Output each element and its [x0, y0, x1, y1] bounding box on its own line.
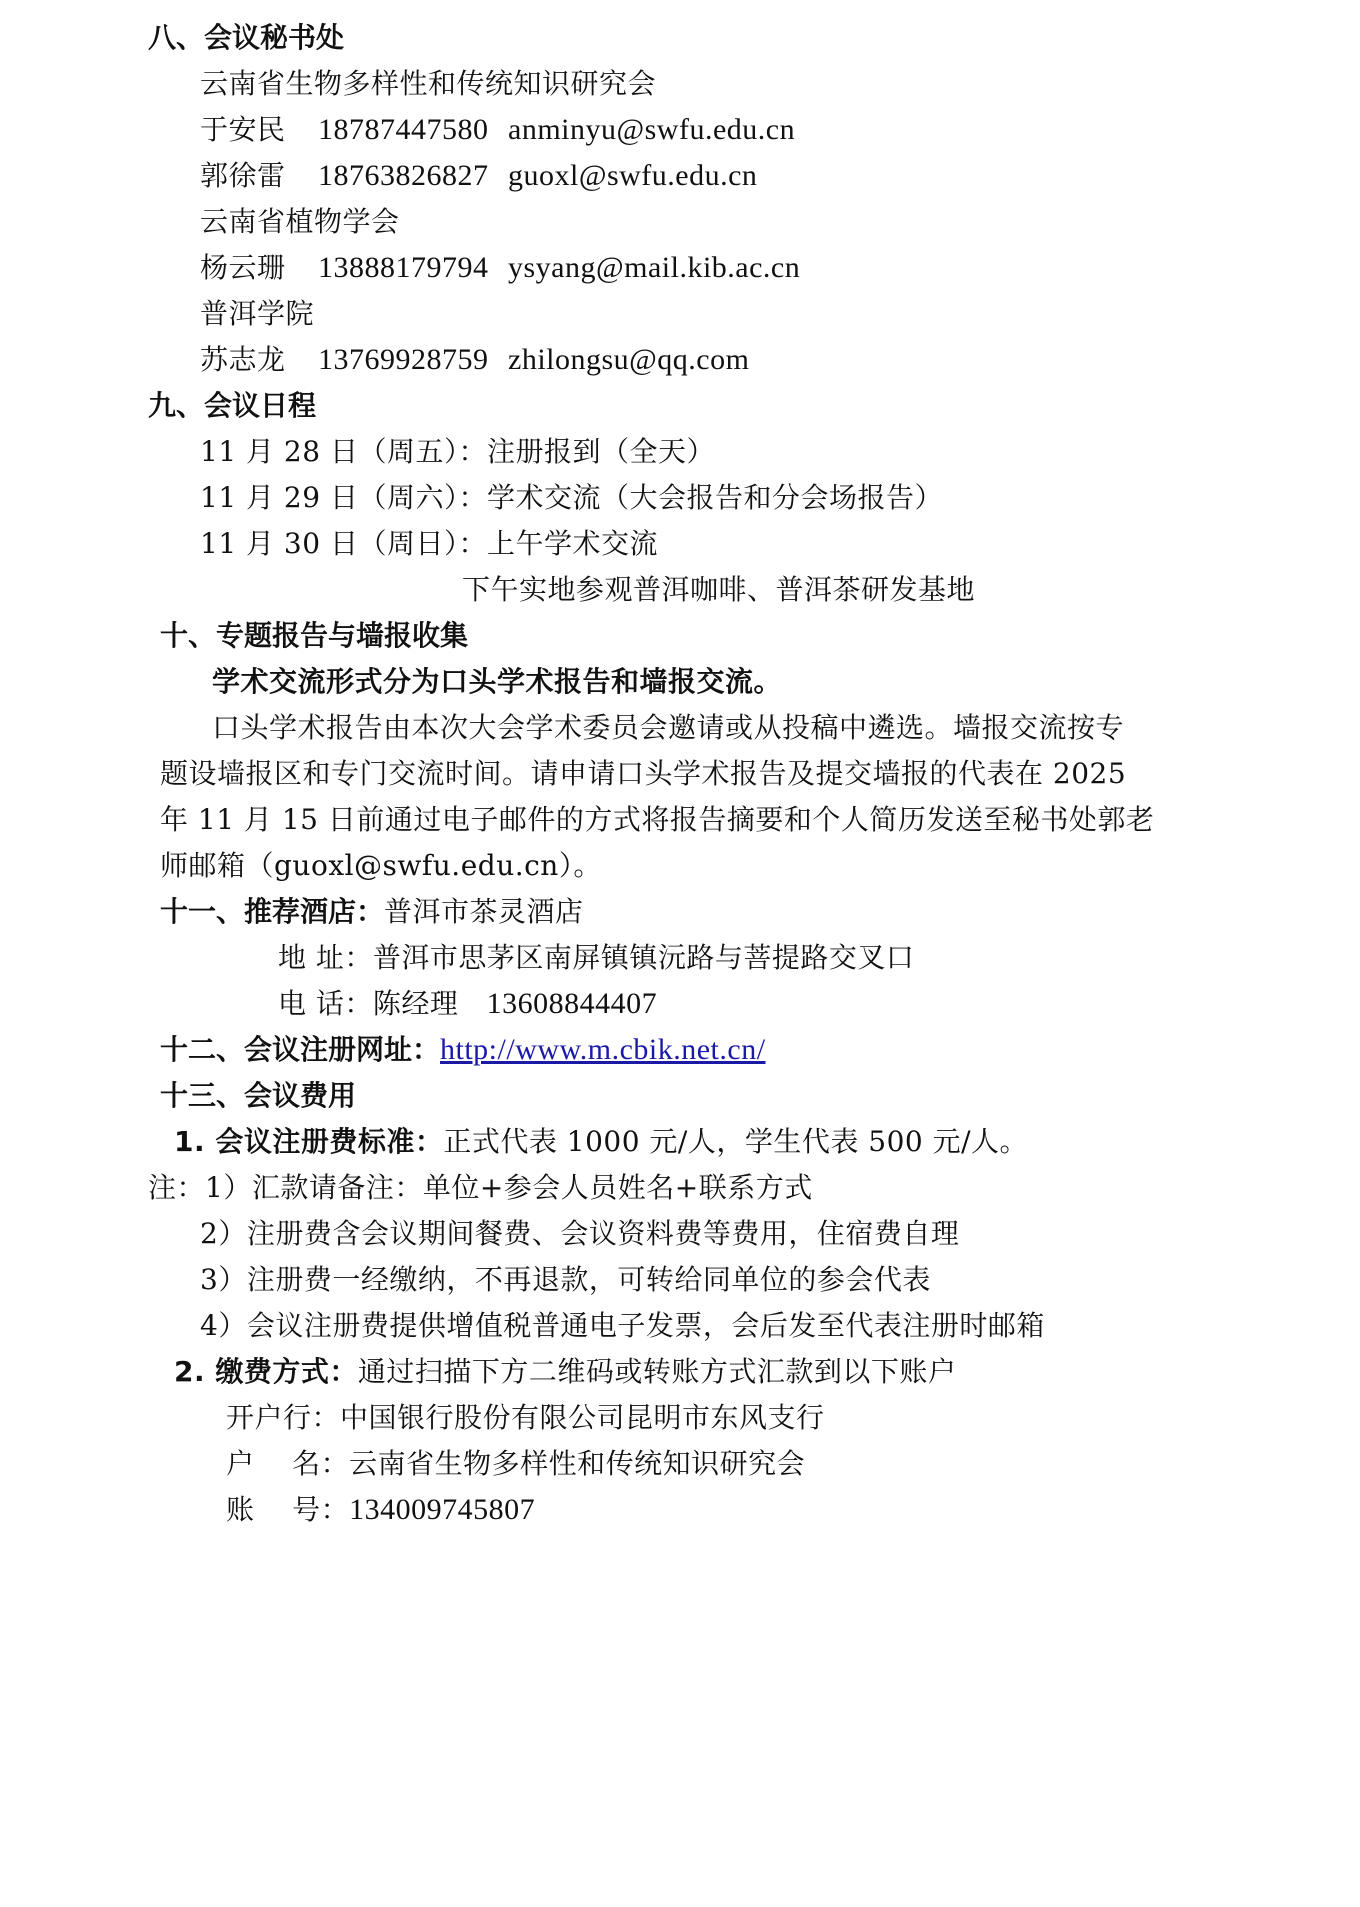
paragraph-line: 年 11 月 15 日前通过电子邮件的方式将报告摘要和个人简历发送至秘书处郭老: [160, 800, 1154, 840]
contact-name: 杨云珊: [200, 248, 286, 288]
address-label: 地 址：: [278, 941, 373, 974]
note-row: 注：1）汇款请备注：单位+参会人员姓名+联系方式: [148, 1168, 813, 1208]
schedule-row: 11 月 30 日（周日）：上午学术交流: [200, 524, 658, 564]
hotel-phone-row: 电 话：陈经理 13608844407: [278, 984, 657, 1024]
schedule-event: 注册报到（全天）: [487, 435, 715, 468]
hotel-address-row: 地 址：普洱市思茅区南屏镇镇沅路与菩提路交叉口: [278, 938, 914, 978]
account-name-label: 户 名：: [226, 1447, 349, 1480]
contact-phone: 13888179794: [318, 248, 489, 288]
contact-name: 郭徐雷: [200, 156, 286, 196]
payment-label: 2. 缴费方式：: [174, 1355, 358, 1388]
paragraph-line: 师邮箱（guoxl@swfu.edu.cn）。: [160, 846, 602, 886]
schedule-event: 学术交流（大会报告和分会场报告）: [487, 481, 943, 514]
note-row: 3）注册费一经缴纳，不再退款，可转给同单位的参会代表: [200, 1260, 931, 1300]
note-prefix: 注：: [148, 1171, 205, 1204]
schedule-date: 11 月 30 日（周日）：: [200, 527, 487, 560]
bank-row: 开户行：中国银行股份有限公司昆明市东风支行: [226, 1398, 825, 1438]
section-12-heading: 十二、会议注册网址：: [160, 1033, 440, 1066]
fee-label: 1. 会议注册费标准：: [174, 1125, 443, 1158]
section-10-lead: 学术交流形式分为口头学术报告和墙报交流。: [212, 662, 782, 702]
schedule-date: 11 月 29 日（周六）：: [200, 481, 487, 514]
section-8-heading: 八、会议秘书处: [148, 18, 344, 58]
contact-email[interactable]: guoxl@swfu.edu.cn: [508, 156, 757, 196]
section-13-heading: 十三、会议费用: [160, 1076, 356, 1116]
fee-text: 正式代表 1000 元/人，学生代表 500 元/人。: [443, 1125, 1028, 1158]
hotel-name: 普洱市茶灵酒店: [384, 895, 584, 928]
account-name: 云南省生物多样性和传统知识研究会: [349, 1447, 805, 1480]
contact-name: 苏志龙: [200, 340, 286, 380]
paragraph-line: 题设墙报区和专门交流时间。请申请口头学术报告及提交墙报的代表在 2025: [160, 754, 1126, 794]
note-row: 4）会议注册费提供增值税普通电子发票，会后发至代表注册时邮箱: [200, 1306, 1045, 1346]
org-name: 云南省生物多样性和传统知识研究会: [200, 64, 656, 104]
contact-phone: 13769928759: [318, 340, 489, 380]
account-number-row: 账 号：134009745807: [226, 1490, 535, 1530]
registration-link[interactable]: http://www.m.cbik.net.cn/: [440, 1033, 766, 1066]
contact-phone: 18763826827: [318, 156, 489, 196]
schedule-row: 11 月 28 日（周五）：注册报到（全天）: [200, 432, 715, 472]
contact-email[interactable]: anminyu@swfu.edu.cn: [508, 110, 795, 150]
bank-label: 开户行：: [226, 1401, 340, 1434]
account-number-label: 账 号：: [226, 1493, 349, 1526]
account-name-row: 户 名：云南省生物多样性和传统知识研究会: [226, 1444, 805, 1484]
account-number: 134009745807: [349, 1493, 535, 1526]
fee-row: 1. 会议注册费标准：正式代表 1000 元/人，学生代表 500 元/人。: [174, 1122, 1028, 1162]
note-text: 1）汇款请备注：单位+参会人员姓名+联系方式: [205, 1171, 813, 1204]
contact-phone: 18787447580: [318, 110, 489, 150]
schedule-event: 上午学术交流: [487, 527, 658, 560]
schedule-continuation: 下午实地参观普洱咖啡、普洱茶研发基地: [462, 570, 975, 610]
bank-name: 中国银行股份有限公司昆明市东风支行: [340, 1401, 825, 1434]
section-9-heading: 九、会议日程: [148, 386, 316, 426]
org-name: 云南省植物学会: [200, 202, 400, 242]
schedule-row: 11 月 29 日（周六）：学术交流（大会报告和分会场报告）: [200, 478, 943, 518]
hotel-row: 十一、推荐酒店：普洱市茶灵酒店: [160, 892, 584, 932]
hotel-phone: 13608844407: [487, 987, 658, 1020]
contact-name: 于安民: [200, 110, 286, 150]
payment-text: 通过扫描下方二维码或转账方式汇款到以下账户: [358, 1355, 957, 1388]
phone-label: 电 话：: [278, 987, 373, 1020]
schedule-date: 11 月 28 日（周五）：: [200, 435, 487, 468]
phone-contact: 陈经理: [373, 987, 459, 1020]
org-name: 普洱学院: [200, 294, 314, 334]
hotel-address: 普洱市思茅区南屏镇镇沅路与菩提路交叉口: [373, 941, 915, 974]
note-row: 2）注册费含会议期间餐费、会议资料费等费用，住宿费自理: [200, 1214, 959, 1254]
contact-email[interactable]: ysyang@mail.kib.ac.cn: [508, 248, 800, 288]
paragraph-line: 口头学术报告由本次大会学术委员会邀请或从投稿中遴选。墙报交流按专: [212, 708, 1124, 748]
section-10-heading: 十、专题报告与墙报收集: [160, 616, 468, 656]
registration-row: 十二、会议注册网址：http://www.m.cbik.net.cn/: [160, 1030, 766, 1070]
payment-row: 2. 缴费方式：通过扫描下方二维码或转账方式汇款到以下账户: [174, 1352, 956, 1392]
section-11-heading: 十一、推荐酒店：: [160, 895, 384, 928]
contact-email[interactable]: zhilongsu@qq.com: [508, 340, 749, 380]
